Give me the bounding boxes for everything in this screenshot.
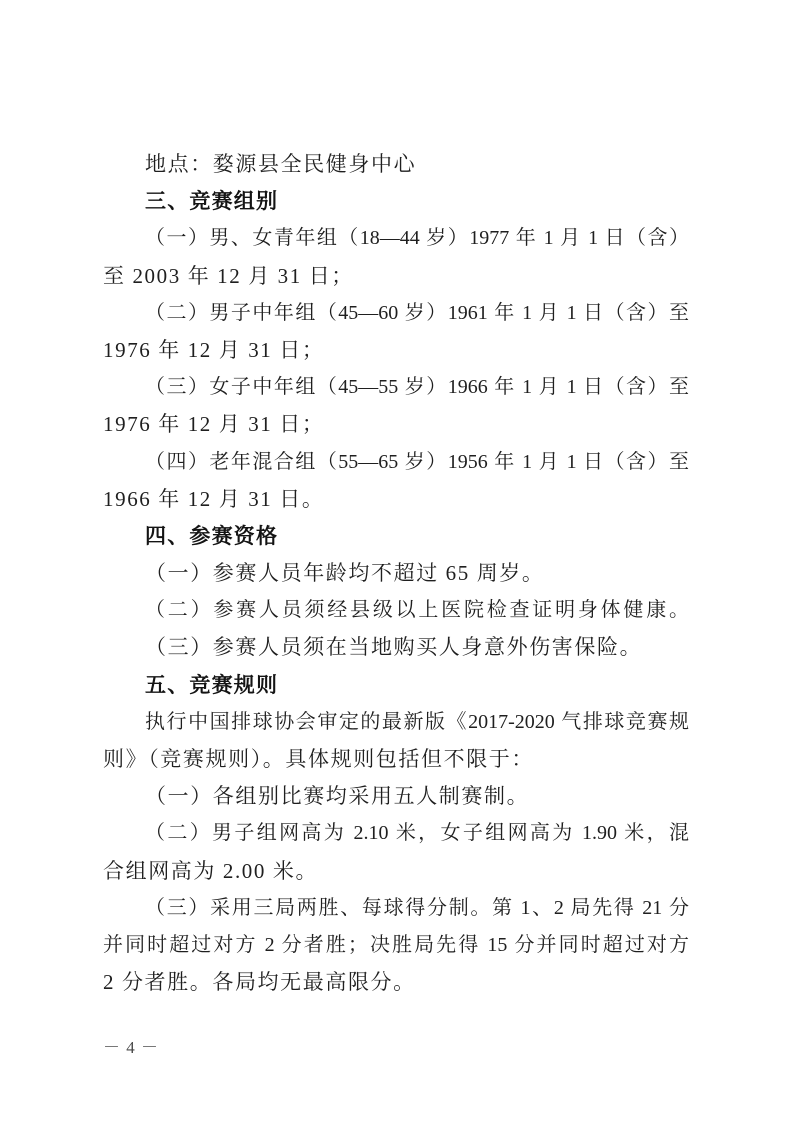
- section-heading-groups: 三、竞赛组别: [103, 183, 689, 220]
- document-page: 地点：婺源县全民健身中心 三、竞赛组别 （一）男、女青年组（18—44 岁）19…: [0, 0, 794, 1123]
- line-rule-scoring-1: （三）采用三局两胜、每球得分制。第 1、2 局先得 21 分: [103, 890, 689, 927]
- section-heading-rules: 五、竞赛规则: [103, 667, 689, 704]
- line-rule-net-height-2: 合组网高为 2.00 米。: [103, 853, 689, 890]
- line-rule-scoring-3: 2 分者胜。各局均无最高限分。: [103, 964, 689, 1001]
- line-rules-intro-1: 执行中国排球协会审定的最新版《2017-2020 气排球竞赛规: [103, 704, 689, 741]
- line-group-youth-2: 至 2003 年 12 月 31 日；: [103, 258, 689, 295]
- line-group-senior-1: （四）老年混合组（55—65 岁）1956 年 1 月 1 日（含）至: [103, 444, 689, 481]
- line-eligibility-age: （一）参赛人员年龄均不超过 65 周岁。: [103, 555, 689, 592]
- line-location: 地点：婺源县全民健身中心: [103, 146, 689, 183]
- section-heading-eligibility: 四、参赛资格: [103, 518, 689, 555]
- document-body: 地点：婺源县全民健身中心 三、竞赛组别 （一）男、女青年组（18—44 岁）19…: [103, 146, 689, 1001]
- line-group-youth-1: （一）男、女青年组（18—44 岁）1977 年 1 月 1 日（含）: [103, 220, 689, 257]
- line-group-women-middle-2: 1976 年 12 月 31 日；: [103, 406, 689, 443]
- line-rule-five-player: （一）各组别比赛均采用五人制赛制。: [103, 778, 689, 815]
- line-rules-intro-2: 则》（竞赛规则）。具体规则包括但不限于：: [103, 741, 689, 778]
- line-rule-net-height-1: （二）男子组网高为 2.10 米，女子组网高为 1.90 米，混: [103, 815, 689, 852]
- line-rule-scoring-2: 并同时超过对方 2 分者胜；决胜局先得 15 分并同时超过对方: [103, 927, 689, 964]
- line-group-men-middle-2: 1976 年 12 月 31 日；: [103, 332, 689, 369]
- line-eligibility-health: （二）参赛人员须经县级以上医院检查证明身体健康。: [103, 592, 689, 629]
- line-group-women-middle-1: （三）女子中年组（45—55 岁）1966 年 1 月 1 日（含）至: [103, 369, 689, 406]
- line-eligibility-insurance: （三）参赛人员须在当地购买人身意外伤害保险。: [103, 629, 689, 666]
- line-group-senior-2: 1966 年 12 月 31 日。: [103, 481, 689, 518]
- line-group-men-middle-1: （二）男子中年组（45—60 岁）1961 年 1 月 1 日（含）至: [103, 295, 689, 332]
- page-number: － 4 －: [103, 1036, 159, 1060]
